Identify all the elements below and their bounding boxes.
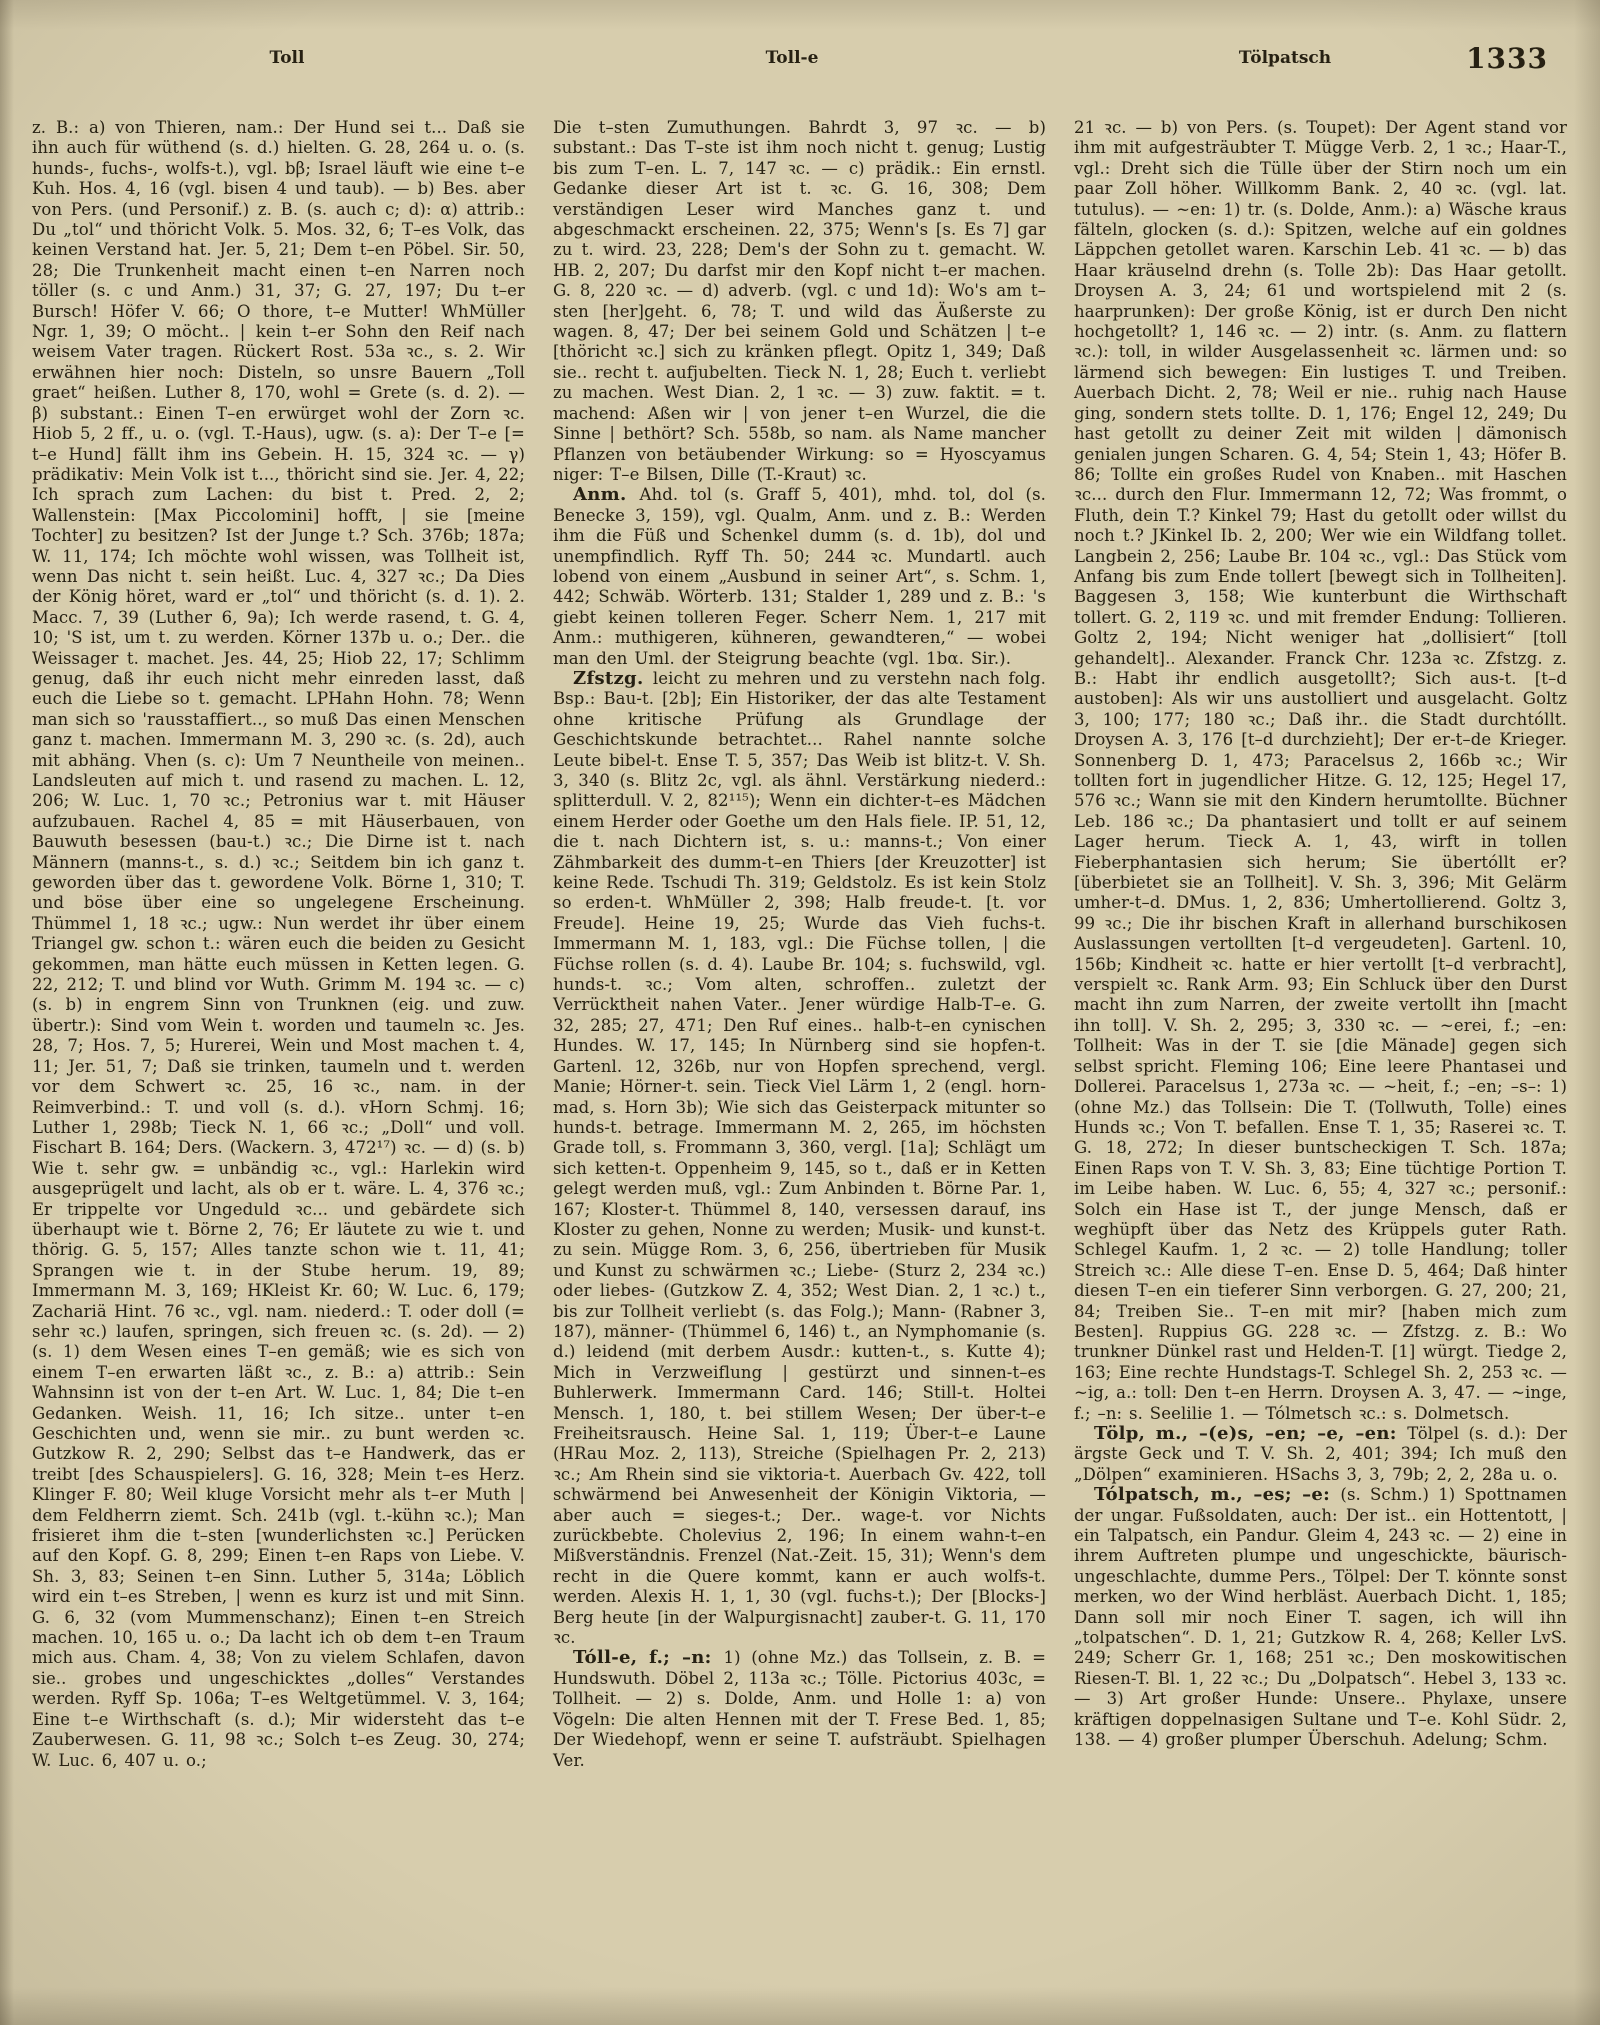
continuation-paragraph: Die t–sten Zumuthungen. Bahrdt 3, 97 ꝛc.… xyxy=(553,118,1046,485)
entry-paragraph: Anm. Ahd. tol (s. Graff 5, 401), mhd. to… xyxy=(553,485,1046,669)
continuation-paragraph: 21 ꝛc. — b) von Pers. (s. Toupet): Der A… xyxy=(1074,118,1567,1424)
column-1: z. B.: a) von Thieren, nam.: Der Hund se… xyxy=(32,118,525,1771)
entry-headword: Zfstzg. xyxy=(573,668,653,689)
running-title-center: Toll-e xyxy=(766,48,819,68)
column-3: 21 ꝛc. — b) von Pers. (s. Toupet): Der A… xyxy=(1074,118,1567,1771)
continuation-paragraph: z. B.: a) von Thieren, nam.: Der Hund se… xyxy=(32,118,525,1771)
running-head: Toll Toll-e Tölpatsch 1333 xyxy=(0,48,1600,88)
entry-headword: Tölp, m., –(e)s, –en; –e, –en: xyxy=(1094,1423,1407,1444)
entry-headword: Tólpatsch, m., –es; –e: xyxy=(1094,1484,1340,1505)
page-number: 1333 xyxy=(1466,42,1548,75)
text-columns: z. B.: a) von Thieren, nam.: Der Hund se… xyxy=(32,118,1568,1771)
running-title-right: Tölpatsch xyxy=(1239,48,1331,68)
entry-paragraph: Zfstzg. leicht zu mehren und zu verstehn… xyxy=(553,669,1046,1649)
entry-headword: Tóll-e, f.; –n: xyxy=(573,1647,723,1668)
entry-paragraph: Tóll-e, f.; –n: 1) (ohne Mz.) das Tollse… xyxy=(553,1648,1046,1770)
entry-paragraph: Tólpatsch, m., –es; –e: (s. Schm.) 1) Sp… xyxy=(1074,1485,1567,1750)
entry-paragraph: Tölp, m., –(e)s, –en; –e, –en: Tölpel (s… xyxy=(1074,1424,1567,1485)
column-2: Die t–sten Zumuthungen. Bahrdt 3, 97 ꝛc.… xyxy=(553,118,1046,1771)
running-title-left: Toll xyxy=(270,48,305,68)
entry-headword: Anm. xyxy=(573,484,640,505)
dictionary-page: Toll Toll-e Tölpatsch 1333 z. B.: a) von… xyxy=(0,0,1600,2025)
